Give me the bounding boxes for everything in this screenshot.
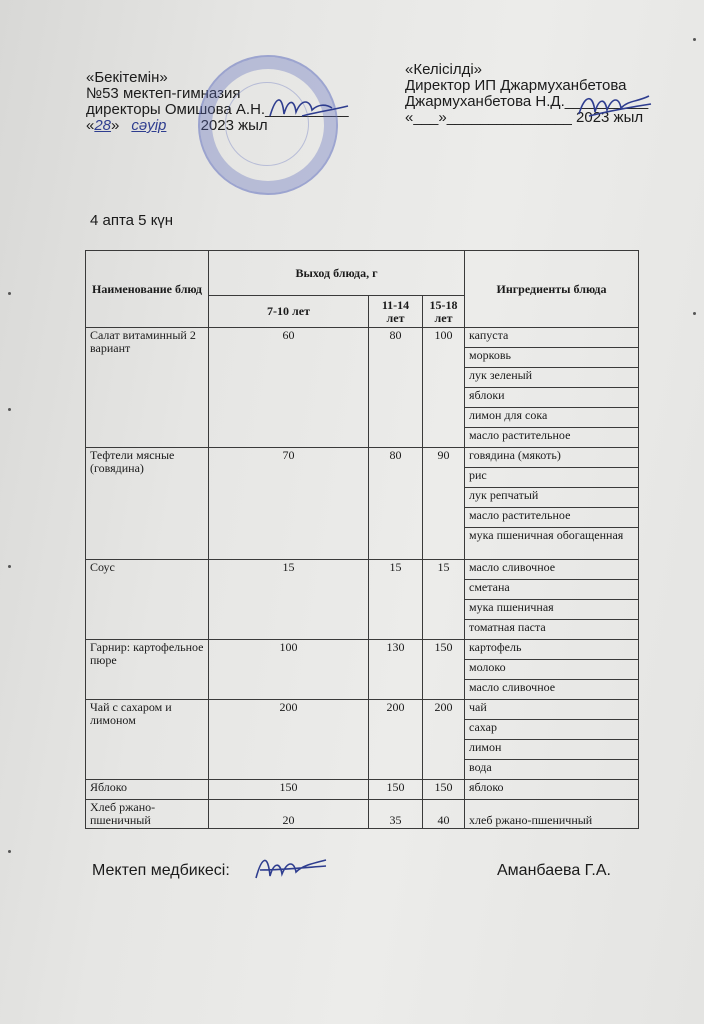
ingredient: масло сливочное — [465, 680, 639, 700]
agreer-signature — [575, 86, 655, 122]
header-dish-name: Наименование блюд — [86, 251, 209, 328]
margin-speck — [693, 38, 696, 41]
yield-age-1: 200 — [209, 700, 369, 780]
header-age-7-10: 7-10 лет — [209, 296, 369, 328]
ingredient: томатная паста — [465, 620, 639, 640]
menu-table: Наименование блюд Выход блюда, г Ингреди… — [85, 250, 639, 829]
yield-age-2: 150 — [369, 780, 423, 800]
dish-name: Гарнир: картофельное пюре — [86, 640, 209, 700]
header-age-15-18: 15-18 лет — [423, 296, 465, 328]
yield-age-2: 15 — [369, 560, 423, 640]
ingredient: говядина (мякоть) — [465, 448, 639, 468]
yield-age-2: 80 — [369, 328, 423, 448]
ingredient: лимон — [465, 740, 639, 760]
director-signature — [262, 86, 352, 126]
table-row: Чай с сахаром и лимоном200200200чай — [86, 700, 639, 720]
margin-speck — [8, 292, 11, 295]
table-row: Салат витаминный 2 вариант6080100капуста — [86, 328, 639, 348]
yield-age-3: 150 — [423, 640, 465, 700]
dish-name: Соус — [86, 560, 209, 640]
margin-speck — [8, 565, 11, 568]
yield-age-1: 100 — [209, 640, 369, 700]
approval-right-title: «Келісілді» — [405, 62, 648, 78]
ingredient: капуста — [465, 328, 639, 348]
yield-age-3: 15 — [423, 560, 465, 640]
margin-speck — [693, 312, 696, 315]
dish-name: Салат витаминный 2 вариант — [86, 328, 209, 448]
nurse-name: Аманбаева Г.А. — [497, 862, 611, 880]
ingredient: масло растительное — [465, 428, 639, 448]
header-age-11-14: 11-14 лет — [369, 296, 423, 328]
yield-age-1: 15 — [209, 560, 369, 640]
margin-speck — [8, 850, 11, 853]
date-month: сәуір — [119, 117, 196, 134]
ingredient: яблоки — [465, 388, 639, 408]
dish-name: Тефтели мясные (говядина) — [86, 448, 209, 560]
menu-table-body: Салат витаминный 2 вариант6080100капуста… — [86, 328, 639, 829]
yield-age-3: 90 — [423, 448, 465, 560]
ingredient: вода — [465, 760, 639, 780]
ingredient: мука пшеничная обогащенная — [465, 528, 639, 560]
ingredient: сметана — [465, 580, 639, 600]
yield-age-2: 130 — [369, 640, 423, 700]
ingredient: масло сливочное — [465, 560, 639, 580]
dish-name: Хлеб ржано-пшеничный — [86, 800, 209, 829]
yield-age-3: 100 — [423, 328, 465, 448]
yield-age-1: 60 — [209, 328, 369, 448]
week-day-label: 4 апта 5 күн — [90, 212, 173, 229]
header-yield: Выход блюда, г — [209, 251, 465, 296]
ingredient: рис — [465, 468, 639, 488]
ingredient: лук зеленый — [465, 368, 639, 388]
table-row: Яблоко150150150яблоко — [86, 780, 639, 800]
yield-age-3: 40 — [423, 800, 465, 829]
yield-age-2: 200 — [369, 700, 423, 780]
ingredient: мука пшеничная — [465, 600, 639, 620]
ingredient: лук репчатый — [465, 488, 639, 508]
yield-age-2: 80 — [369, 448, 423, 560]
ingredient: лимон для сока — [465, 408, 639, 428]
yield-age-2: 35 — [369, 800, 423, 829]
dish-name: Яблоко — [86, 780, 209, 800]
ingredient: молоко — [465, 660, 639, 680]
yield-age-3: 150 — [423, 780, 465, 800]
table-row: Хлеб ржано-пшеничный203540хлеб ржано-пше… — [86, 800, 639, 829]
ingredient: сахар — [465, 720, 639, 740]
yield-age-1: 70 — [209, 448, 369, 560]
ingredient: яблоко — [465, 780, 639, 800]
ingredient: картофель — [465, 640, 639, 660]
header-ingredients: Ингредиенты блюда — [465, 251, 639, 328]
table-row: Гарнир: картофельное пюре100130150картоф… — [86, 640, 639, 660]
yield-age-1: 150 — [209, 780, 369, 800]
ingredient: морковь — [465, 348, 639, 368]
yield-age-1: 20 — [209, 800, 369, 829]
agreer-name: Джармуханбетова Н.Д. — [405, 93, 565, 110]
date-day: 28 — [94, 117, 111, 134]
nurse-signature — [250, 848, 330, 884]
yield-age-3: 200 — [423, 700, 465, 780]
ingredient: чай — [465, 700, 639, 720]
nurse-label: Мектеп медбикесі: — [92, 862, 230, 880]
dish-name: Чай с сахаром и лимоном — [86, 700, 209, 780]
table-row: Соус151515масло сливочное — [86, 560, 639, 580]
table-row: Тефтели мясные (говядина)708090говядина … — [86, 448, 639, 468]
margin-speck — [8, 408, 11, 411]
ingredient: хлеб ржано-пшеничный — [465, 800, 639, 829]
ingredient: масло растительное — [465, 508, 639, 528]
